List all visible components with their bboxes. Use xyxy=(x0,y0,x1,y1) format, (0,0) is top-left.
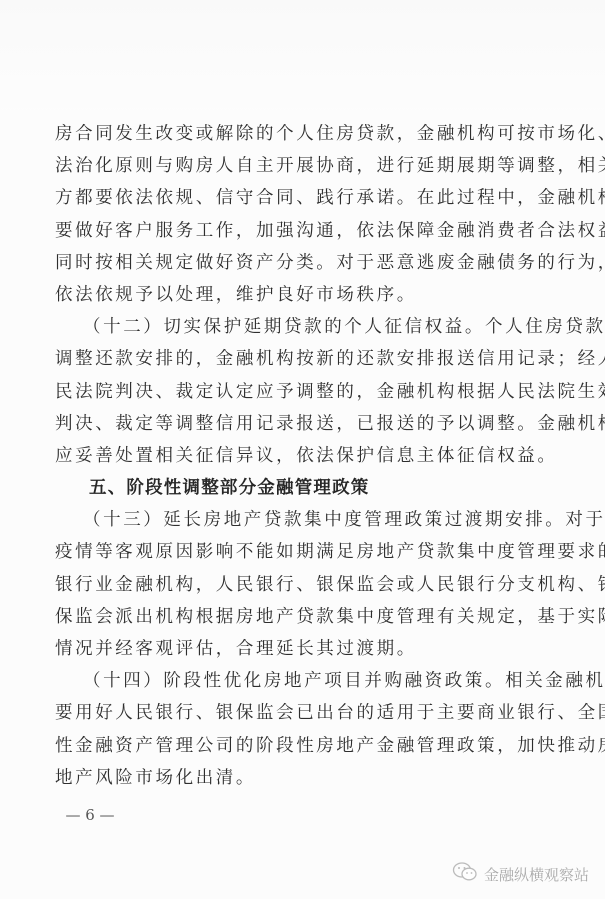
document-page: 房合同发生改变或解除的个人住房贷款，金融机构可按市场化、 法治化原则与购房人自主… xyxy=(0,0,605,899)
watermark: 金融纵横观察站 xyxy=(452,861,589,887)
text-line: 调整还款安排的，金融机构按新的还款安排报送信用记录；经人 xyxy=(55,343,533,375)
text-line: 应妥善处置相关征信异议，依法保护信息主体征信权益。 xyxy=(55,440,533,472)
text-line: 同时按相关规定做好资产分类。对于恶意逃废金融债务的行为， xyxy=(55,247,533,279)
text-line: 情况并经客观评估，合理延长其过渡期。 xyxy=(55,633,533,665)
page-number: — 6 — xyxy=(58,806,122,824)
text-line: 民法院判决、裁定认定应予调整的，金融机构根据人民法院生效 xyxy=(55,376,533,408)
scan-shading xyxy=(0,0,605,110)
text-line: 保监会派出机构根据房地产贷款集中度管理有关规定，基于实际 xyxy=(55,601,533,633)
document-body: 房合同发生改变或解除的个人住房贷款，金融机构可按市场化、 法治化原则与购房人自主… xyxy=(55,118,533,794)
section-heading: 五、阶段性调整部分金融管理政策 xyxy=(55,472,533,504)
text-line: 疫情等客观原因影响不能如期满足房地产贷款集中度管理要求的 xyxy=(55,536,533,568)
text-line: 房合同发生改变或解除的个人住房贷款，金融机构可按市场化、 xyxy=(55,118,533,150)
text-line: 性金融资产管理公司的阶段性房地产金融管理政策，加快推动房 xyxy=(55,730,533,762)
wechat-icon xyxy=(452,861,478,887)
text-line: 地产风险市场化出清。 xyxy=(55,762,533,794)
text-line: 银行业金融机构，人民银行、银保监会或人民银行分支机构、银 xyxy=(55,569,533,601)
text-line: 方都要依法依规、信守合同、践行承诺。在此过程中，金融机构 xyxy=(55,182,533,214)
paragraph-first-line: （十二）切实保护延期贷款的个人征信权益。个人住房贷款已 xyxy=(55,311,533,343)
text-line: 法治化原则与购房人自主开展协商，进行延期展期等调整，相关 xyxy=(55,150,533,182)
paragraph-first-line: （十三）延长房地产贷款集中度管理政策过渡期安排。对于受 xyxy=(55,504,533,536)
text-line: 要做好客户服务工作，加强沟通，依法保障金融消费者合法权益， xyxy=(55,215,533,247)
text-line: 依法依规予以处理，维护良好市场秩序。 xyxy=(55,279,533,311)
paragraph-first-line: （十四）阶段性优化房地产项目并购融资政策。相关金融机构 xyxy=(55,665,533,697)
watermark-text: 金融纵横观察站 xyxy=(484,864,589,885)
text-line: 判决、裁定等调整信用记录报送，已报送的予以调整。金融机构 xyxy=(55,408,533,440)
text-line: 要用好人民银行、银保监会已出台的适用于主要商业银行、全国 xyxy=(55,697,533,729)
